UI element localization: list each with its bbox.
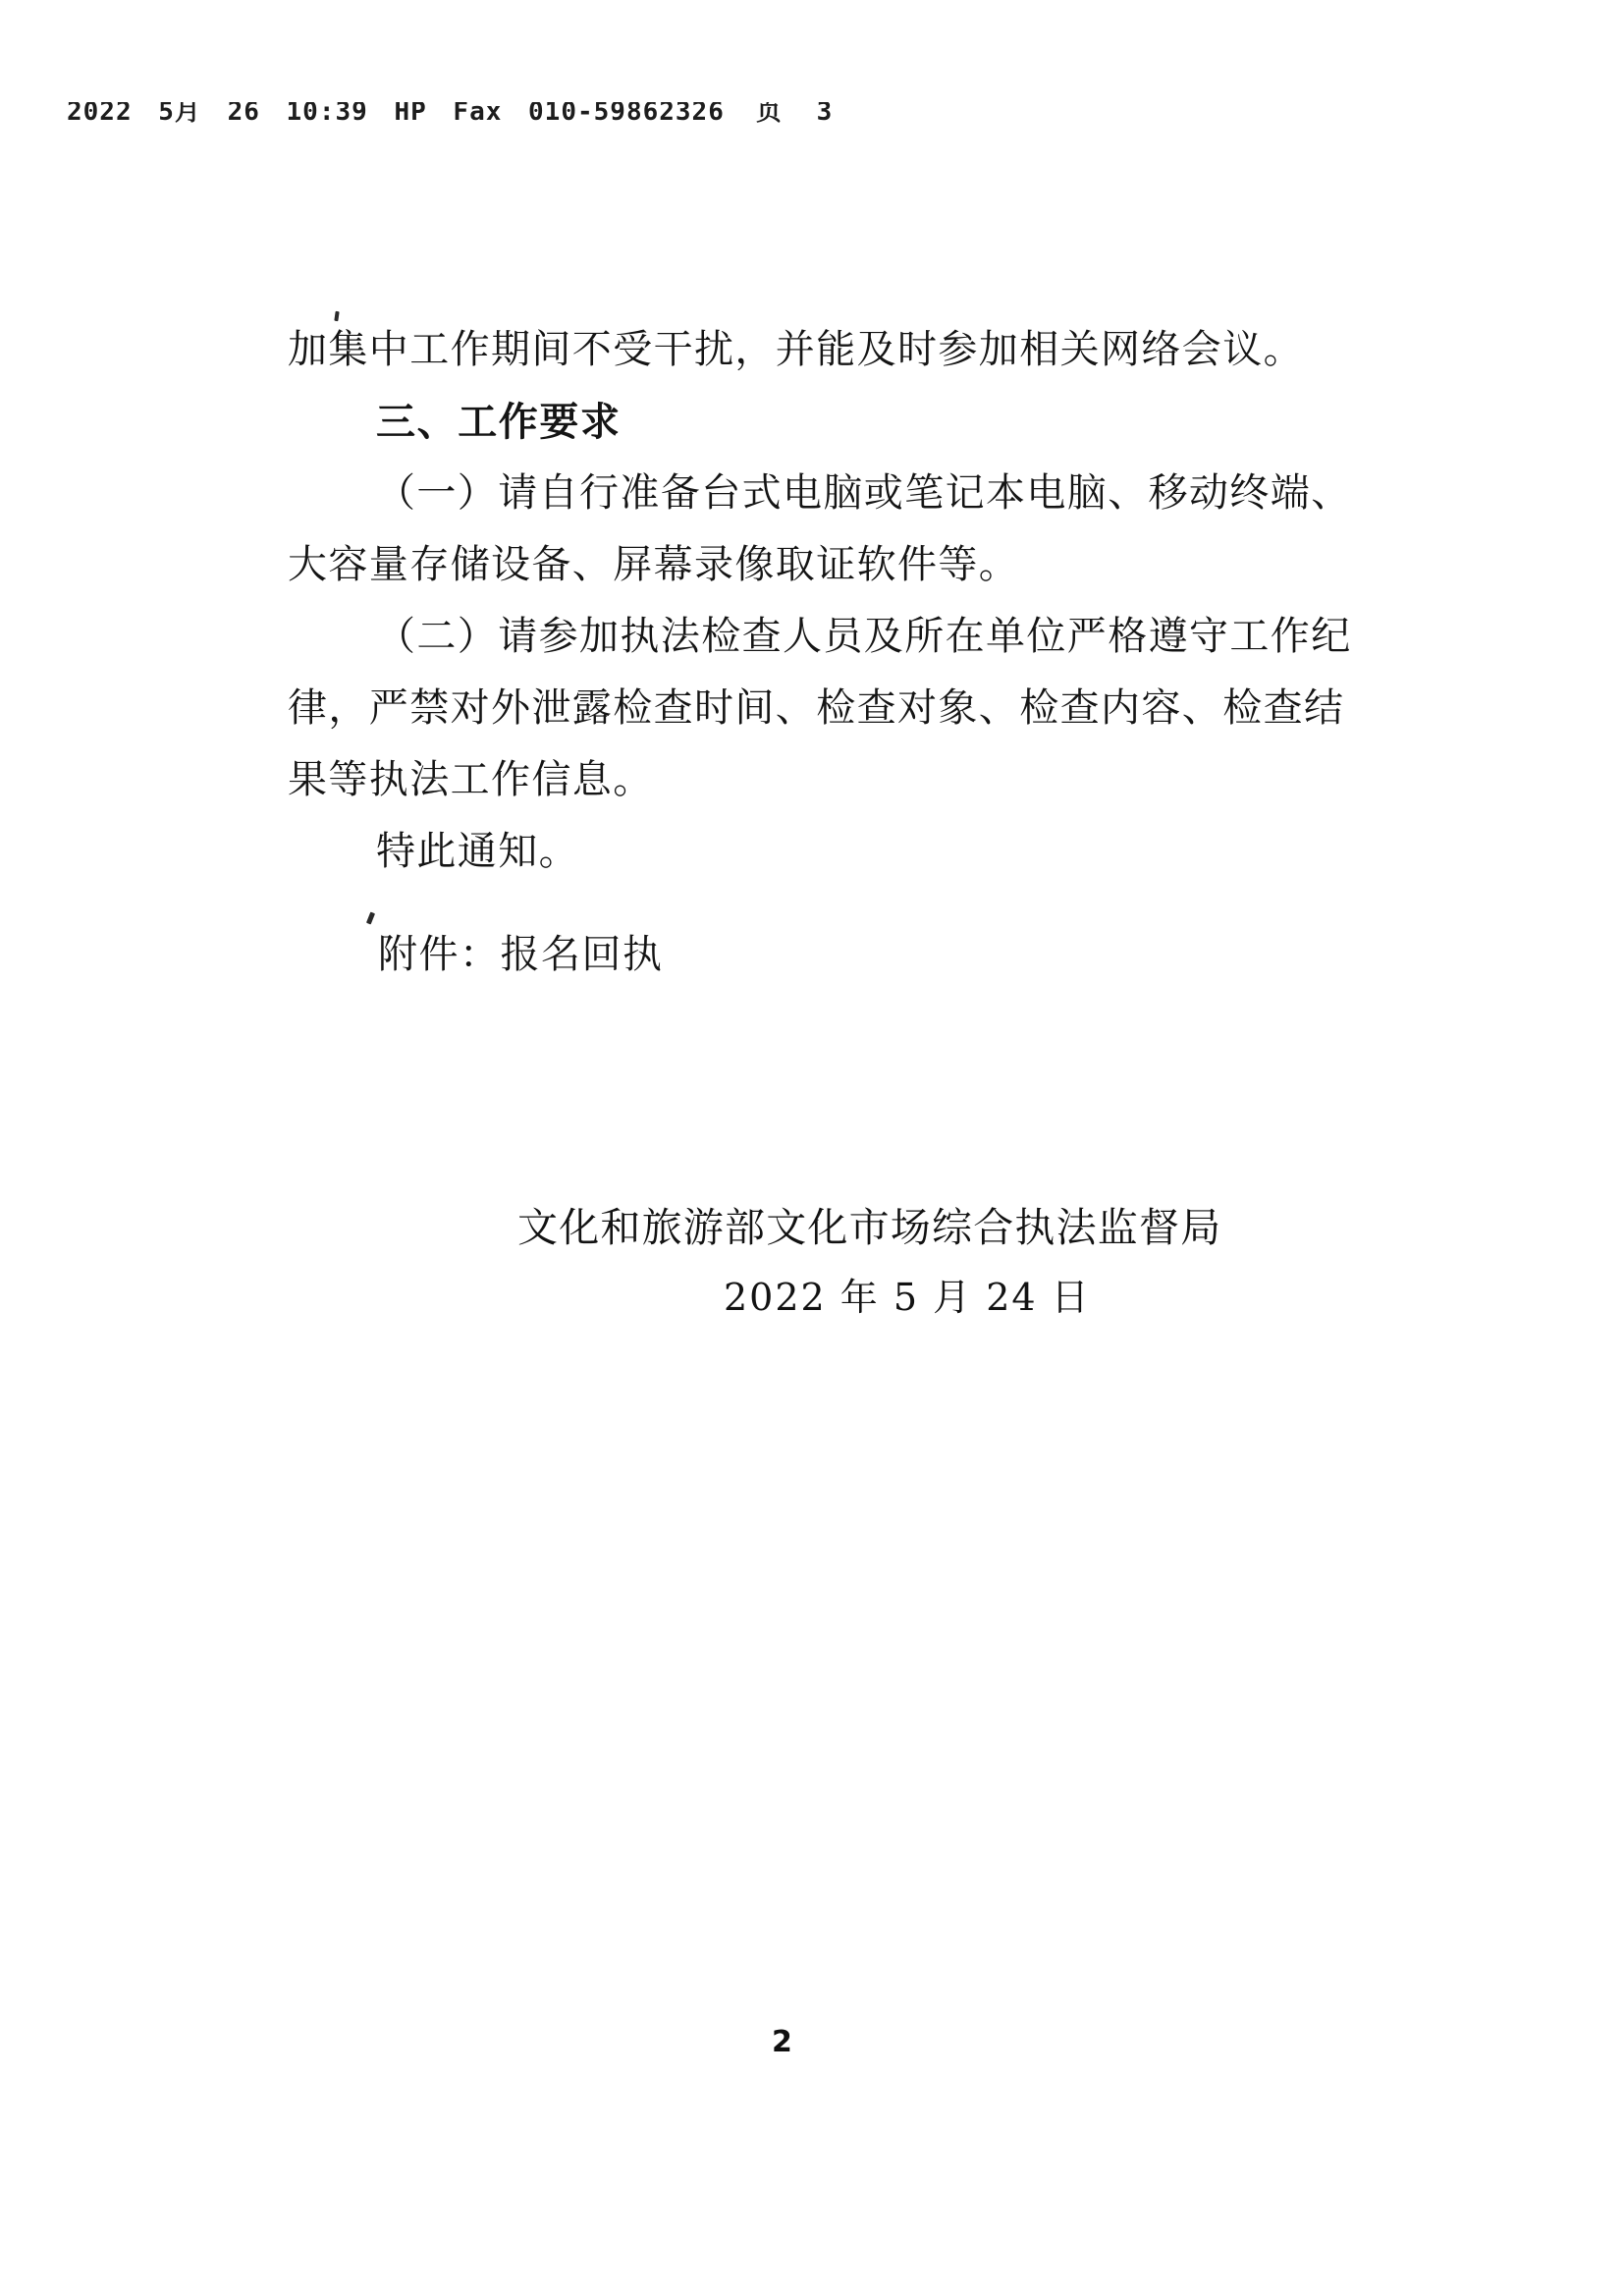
body-line: （一）请自行准备台式电脑或笔记本电脑、移动终端、 [288,458,1373,529]
body-line: 加集中工作期间不受干扰，并能及时参加相关网络会议。 [288,314,1373,386]
fax-header-page-indicator: 页 3 [756,102,833,131]
fax-header: 2022 5月 26 10:39 HP Fax 010-59862326 页 3 [0,102,1624,134]
page-number: 2 [772,2025,792,2059]
body-line: （二）请参加执法检查人员及所在单位严格遵守工作纪 [288,601,1373,673]
attachment-line: 附件：报名回执 [378,925,664,984]
document-page: 2022 5月 26 10:39 HP Fax 010-59862326 页 3… [0,0,1624,2295]
section-heading: 三、工作要求 [288,386,1373,458]
fax-header-info: 2022 5月 26 10:39 HP Fax 010-59862326 [67,102,725,131]
scan-speck [366,912,375,925]
signature-date: 2022 年 5 月 24 日 [724,1271,1091,1324]
body-line: 大容量存储设备、屏幕录像取证软件等。 [288,529,1373,601]
closing-line: 特此通知。 [288,816,1373,888]
body-line: 果等执法工作信息。 [288,744,1373,816]
body-line: 律，严禁对外泄露检查时间、检查对象、检查内容、检查结 [288,673,1373,744]
document-body: 加集中工作期间不受干扰，并能及时参加相关网络会议。 三、工作要求 （一）请自行准… [288,314,1373,888]
signature-organization: 文化和旅游部文化市场综合执法监督局 [517,1200,1221,1255]
